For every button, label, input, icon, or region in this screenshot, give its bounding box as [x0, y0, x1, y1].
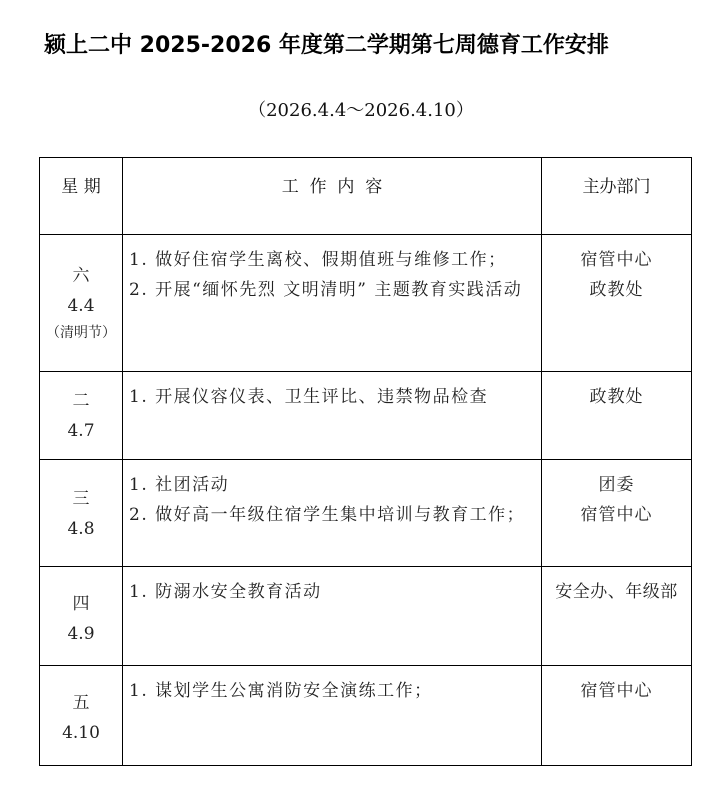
task-item: 1. 做好住宿学生离校、假期值班与维修工作； [129, 245, 537, 275]
department-cell: 政教处 [542, 372, 692, 460]
weekday: 二 [40, 386, 122, 416]
department: 团委 [542, 470, 691, 500]
department: 政教处 [542, 275, 691, 305]
table-row: 四 4.9 1. 防溺水安全教育活动 安全办、年级部 [40, 567, 692, 666]
header-department-label: 主办部门 [542, 172, 691, 197]
content-cell: 1. 社团活动 2. 做好高一年级住宿学生集中培训与教育工作； [123, 460, 542, 567]
content-cell: 1. 做好住宿学生离校、假期值班与维修工作； 2. 开展“缅怀先烈 文明清明” … [123, 235, 542, 372]
content-cell: 1. 谋划学生公寓消防安全演练工作； [123, 666, 542, 766]
day-cell: 二 4.7 [40, 372, 123, 460]
department-cell: 团委 宿管中心 [542, 460, 692, 567]
day-cell: 四 4.9 [40, 567, 123, 666]
weekday: 五 [40, 688, 122, 718]
table-row: 三 4.8 1. 社团活动 2. 做好高一年级住宿学生集中培训与教育工作； 团委… [40, 460, 692, 567]
table-row: 二 4.7 1. 开展仪容仪表、卫生评比、违禁物品检查 政教处 [40, 372, 692, 460]
day-cell: 三 4.8 [40, 460, 123, 567]
department-cell: 宿管中心 政教处 [542, 235, 692, 372]
day-cell: 六 4.4 （清明节） [40, 235, 123, 372]
date: 4.8 [40, 514, 122, 544]
department: 宿管中心 [542, 676, 691, 706]
header-department: 主办部门 [542, 158, 692, 235]
task-item: 1. 防溺水安全教育活动 [129, 577, 537, 607]
department: 宿管中心 [542, 500, 691, 530]
task-item: 1. 社团活动 [129, 470, 537, 500]
holiday-note: （清明节） [40, 321, 122, 345]
weekday: 六 [40, 261, 122, 291]
day-cell: 五 4.10 [40, 666, 123, 766]
task-item: 1. 开展仪容仪表、卫生评比、违禁物品检查 [129, 382, 537, 412]
header-day: 星 期 [40, 158, 123, 235]
department-cell: 安全办、年级部 [542, 567, 692, 666]
table-row: 六 4.4 （清明节） 1. 做好住宿学生离校、假期值班与维修工作； 2. 开展… [40, 235, 692, 372]
schedule-table: 星 期 工 作 内 容 主办部门 六 4.4 （清明节） 1. 做好住宿学生离校… [39, 157, 692, 766]
task-item: 2. 开展“缅怀先烈 文明清明” 主题教育实践活动 [129, 275, 537, 305]
table-row: 五 4.10 1. 谋划学生公寓消防安全演练工作； 宿管中心 [40, 666, 692, 766]
department: 安全办、年级部 [542, 577, 691, 607]
date-range: （2026.4.4～2026.4.10） [0, 96, 722, 122]
table-header-row: 星 期 工 作 内 容 主办部门 [40, 158, 692, 235]
date: 4.4 [40, 291, 122, 321]
date: 4.7 [40, 416, 122, 446]
weekday: 三 [40, 484, 122, 514]
weekday: 四 [40, 589, 122, 619]
header-content-label: 工 作 内 容 [123, 172, 541, 197]
department-cell: 宿管中心 [542, 666, 692, 766]
header-day-label: 星 期 [40, 172, 122, 197]
department: 宿管中心 [542, 245, 691, 275]
department: 政教处 [542, 382, 691, 412]
content-cell: 1. 开展仪容仪表、卫生评比、违禁物品检查 [123, 372, 542, 460]
content-cell: 1. 防溺水安全教育活动 [123, 567, 542, 666]
date: 4.9 [40, 619, 122, 649]
document-title: 颍上二中 2025-2026 年度第二学期第七周德育工作安排 [44, 28, 609, 59]
date: 4.10 [40, 718, 122, 748]
header-content: 工 作 内 容 [123, 158, 542, 235]
task-item: 2. 做好高一年级住宿学生集中培训与教育工作； [129, 500, 537, 530]
task-item: 1. 谋划学生公寓消防安全演练工作； [129, 676, 537, 706]
